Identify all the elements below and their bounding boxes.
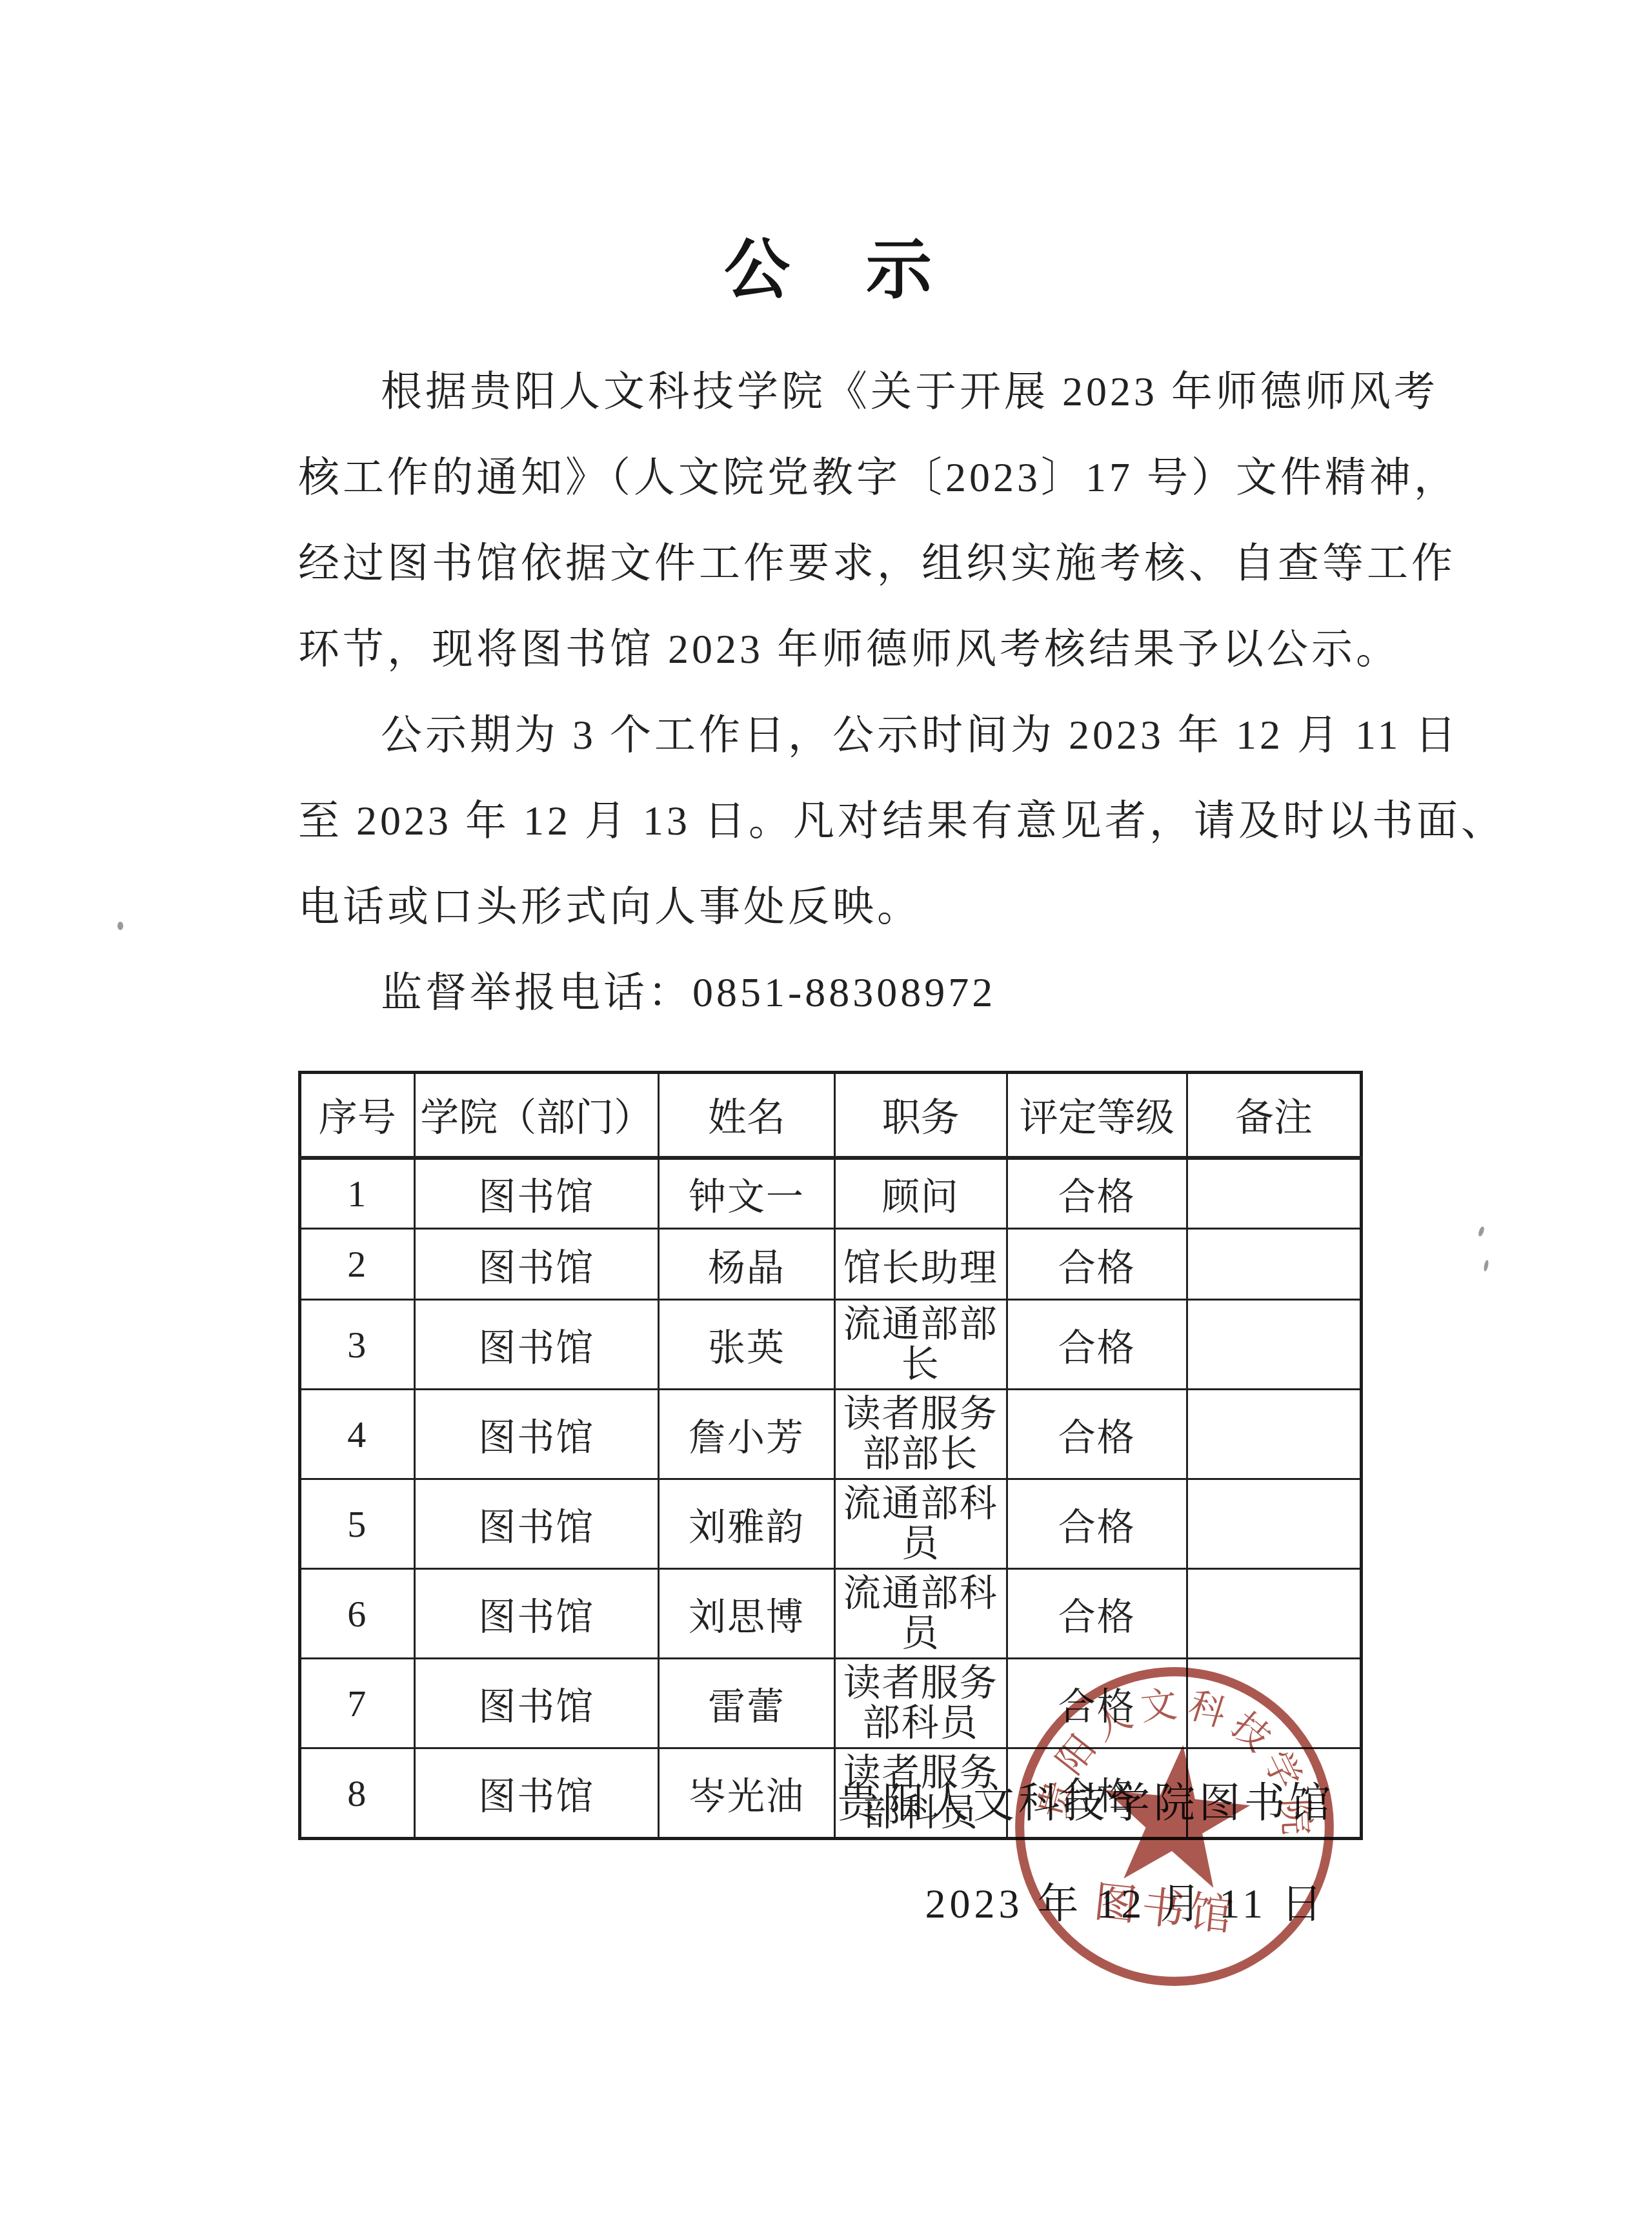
cell-grade: 合格 — [1007, 1300, 1187, 1390]
cell-no: 6 — [300, 1569, 415, 1659]
table-header-row: 序号 学院（部门） 姓名 职务 评定等级 备注 — [300, 1073, 1362, 1158]
cell-grade: 合格 — [1007, 1158, 1187, 1229]
header-name: 姓名 — [659, 1073, 835, 1158]
hotline-line: 监督举报电话：0851-88308972 — [298, 949, 1363, 1035]
cell-no: 5 — [300, 1479, 415, 1569]
header-dept: 学院（部门） — [414, 1073, 658, 1158]
scan-speck — [1477, 1226, 1485, 1237]
cell-no: 2 — [300, 1229, 415, 1300]
scan-speck — [117, 922, 123, 930]
cell-grade: 合格 — [1007, 1390, 1187, 1479]
header-no: 序号 — [300, 1073, 415, 1158]
cell-note — [1187, 1390, 1362, 1479]
paragraph1-line: 根据贵阳人文科技学院《关于开展 2023 年师德师风考 — [298, 349, 1363, 434]
table-row: 6 图书馆 刘思博 流通部科员 合格 — [300, 1569, 1362, 1659]
cell-dept: 图书馆 — [414, 1158, 658, 1229]
cell-name: 雷蕾 — [659, 1659, 835, 1748]
paragraph2-line: 至 2023 年 12 月 13 日。凡对结果有意见者，请及时以书面、 — [298, 778, 1363, 864]
table-row: 5 图书馆 刘雅韵 流通部科员 合格 — [300, 1479, 1362, 1569]
table-row: 1 图书馆 钟文一 顾问 合格 — [300, 1158, 1362, 1229]
cell-note — [1187, 1300, 1362, 1390]
cell-dept: 图书馆 — [414, 1229, 658, 1300]
cell-name: 詹小芳 — [659, 1390, 835, 1479]
cell-grade: 合格 — [1007, 1659, 1187, 1748]
cell-dept: 图书馆 — [414, 1569, 658, 1659]
cell-duty: 馆长助理 — [835, 1229, 1007, 1300]
cell-grade: 合格 — [1007, 1229, 1187, 1300]
cell-duty: 流通部部长 — [835, 1300, 1007, 1390]
paragraph1-line: 核工作的通知》（人文院党教字〔2023〕17 号）文件精神， — [298, 434, 1363, 520]
cell-dept: 图书馆 — [414, 1748, 658, 1839]
cell-note — [1187, 1158, 1362, 1229]
cell-no: 4 — [300, 1390, 415, 1479]
cell-note — [1187, 1569, 1362, 1659]
cell-duty: 读者服务部科员 — [835, 1659, 1007, 1748]
cell-duty: 读者服务部部长 — [835, 1390, 1007, 1479]
cell-dept: 图书馆 — [414, 1300, 658, 1390]
cell-name: 张英 — [659, 1300, 835, 1390]
cell-dept: 图书馆 — [414, 1659, 658, 1748]
cell-no: 7 — [300, 1659, 415, 1748]
cell-note — [1187, 1479, 1362, 1569]
cell-no: 8 — [300, 1748, 415, 1839]
cell-note — [1187, 1229, 1362, 1300]
cell-dept: 图书馆 — [414, 1390, 658, 1479]
cell-duty: 流通部科员 — [835, 1479, 1007, 1569]
cell-name: 岑光油 — [659, 1748, 835, 1839]
cell-no: 3 — [300, 1300, 415, 1390]
paragraph1-line: 环节，现将图书馆 2023 年师德师风考核结果予以公示。 — [298, 606, 1363, 692]
table-row: 4 图书馆 詹小芳 读者服务部部长 合格 — [300, 1390, 1362, 1479]
cell-grade: 合格 — [1007, 1569, 1187, 1659]
cell-grade: 合格 — [1007, 1479, 1187, 1569]
cell-note — [1187, 1659, 1362, 1748]
table-row: 3 图书馆 张英 流通部部长 合格 — [300, 1300, 1362, 1390]
cell-duty: 顾问 — [835, 1158, 1007, 1229]
signature-date: 2023 年 12 月 11 日 — [925, 1870, 1326, 1930]
scan-speck — [1483, 1260, 1489, 1272]
table-row: 7 图书馆 雷蕾 读者服务部科员 合格 — [300, 1659, 1362, 1748]
paragraph1-line: 经过图书馆依据文件工作要求，组织实施考核、自查等工作 — [298, 520, 1363, 606]
header-note: 备注 — [1187, 1073, 1362, 1158]
table-row: 2 图书馆 杨晶 馆长助理 合格 — [300, 1229, 1362, 1300]
cell-dept: 图书馆 — [414, 1479, 658, 1569]
notice-page: 公 示 根据贵阳人文科技学院《关于开展 2023 年师德师风考 核工作的通知》（… — [0, 0, 1652, 2228]
cell-name: 刘思博 — [659, 1569, 835, 1659]
cell-duty: 流通部科员 — [835, 1569, 1007, 1659]
cell-no: 1 — [300, 1158, 415, 1229]
header-duty: 职务 — [835, 1073, 1007, 1158]
page-title: 公 示 — [298, 232, 1363, 310]
cell-name: 杨晶 — [659, 1229, 835, 1300]
header-grade: 评定等级 — [1007, 1073, 1187, 1158]
notice-content: 公 示 根据贵阳人文科技学院《关于开展 2023 年师德师风考 核工作的通知》（… — [298, 0, 1363, 1840]
paragraph2-line: 公示期为 3 个工作日，公示时间为 2023 年 12 月 11 日 — [298, 692, 1363, 778]
notice-body: 根据贵阳人文科技学院《关于开展 2023 年师德师风考 核工作的通知》（人文院党… — [298, 349, 1363, 1035]
cell-name: 钟文一 — [659, 1158, 835, 1229]
cell-name: 刘雅韵 — [659, 1479, 835, 1569]
assessment-table: 序号 学院（部门） 姓名 职务 评定等级 备注 1 图书馆 钟文一 顾问 合格 — [298, 1071, 1363, 1840]
signature-organization: 贵阳人文科技学院图书馆 — [838, 1770, 1335, 1829]
paragraph2-line: 电话或口头形式向人事处反映。 — [298, 864, 1363, 949]
